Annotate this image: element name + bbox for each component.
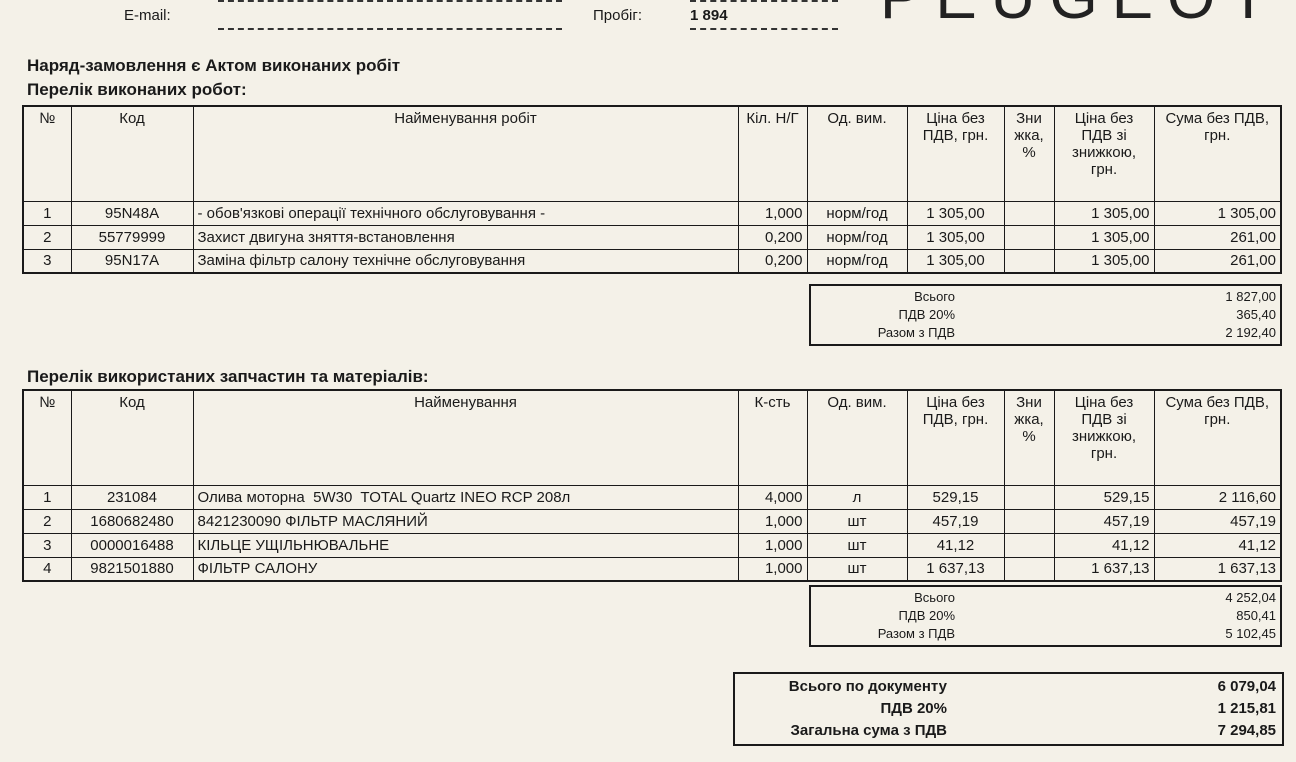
table-row: 3 95N17A Заміна фільтр салону технічне о… (23, 249, 1281, 273)
cell-qty: 1,000 (738, 557, 807, 581)
cell-no: 4 (23, 557, 71, 581)
cell-discount (1004, 201, 1054, 225)
table-row: 4 9821501880 ФІЛЬТР САЛОНУ 1,000 шт 1 63… (23, 557, 1281, 581)
mileage-label: Пробіг: (593, 7, 642, 24)
grand-line: Загальна сума з ПДВ 7 294,85 (741, 720, 1276, 742)
document-grand-total-value: 7 294,85 (947, 720, 1276, 742)
parts-section-title: Перелік використаних запчастин та матері… (27, 367, 429, 387)
mileage-dotted-line (690, 28, 838, 30)
col-no: № (23, 390, 71, 485)
cell-no: 2 (23, 225, 71, 249)
totals-line: Разом з ПДВ 2 192,40 (815, 324, 1276, 342)
col-price-discounted: Ціна без ПДВ зі знижкою, грн. (1054, 390, 1154, 485)
brand-logo: PEUGEOT (880, 0, 1281, 33)
cell-price-discounted: 529,15 (1054, 485, 1154, 509)
col-unit: Од. вим. (807, 390, 907, 485)
cell-unit: шт (807, 557, 907, 581)
col-discount: Зни жка, % (1004, 106, 1054, 201)
cell-qty: 0,200 (738, 225, 807, 249)
totals-line: Всього 1 827,00 (815, 288, 1276, 306)
works-totals: Всього 1 827,00 ПДВ 20% 365,40 Разом з П… (809, 284, 1282, 346)
totals-line: Разом з ПДВ 5 102,45 (815, 625, 1276, 643)
cell-price: 1 305,00 (907, 249, 1004, 273)
cell-sum: 1 637,13 (1154, 557, 1281, 581)
col-name: Найменування робіт (193, 106, 738, 201)
cell-no: 1 (23, 485, 71, 509)
document-vat-label: ПДВ 20% (741, 698, 947, 720)
cell-sum: 261,00 (1154, 249, 1281, 273)
totals-line: ПДВ 20% 850,41 (815, 607, 1276, 625)
table-row: 2 55779999 Захист двигуна зняття-встанов… (23, 225, 1281, 249)
col-price: Ціна без ПДВ, грн. (907, 106, 1004, 201)
cell-price-discounted: 1 305,00 (1054, 201, 1154, 225)
table-row: 3 0000016488 КІЛЬЦЕ УЩІЛЬНЮВАЛЬНЕ 1,000 … (23, 533, 1281, 557)
cell-unit: норм/год (807, 201, 907, 225)
totals-line: Всього 4 252,04 (815, 589, 1276, 607)
cell-no: 3 (23, 249, 71, 273)
totals-line: ПДВ 20% 365,40 (815, 306, 1276, 324)
cell-qty: 4,000 (738, 485, 807, 509)
cell-code: 95N17A (71, 249, 193, 273)
cell-code: 0000016488 (71, 533, 193, 557)
cell-name: ФІЛЬТР САЛОНУ (193, 557, 738, 581)
cell-code: 1680682480 (71, 509, 193, 533)
cell-price: 1 637,13 (907, 557, 1004, 581)
col-unit: Од. вим. (807, 106, 907, 201)
col-no: № (23, 106, 71, 201)
grand-line: ПДВ 20% 1 215,81 (741, 698, 1276, 720)
total-label: Всього (815, 288, 955, 306)
parts-table: № Код Найменування К-сть Од. вим. Ціна б… (22, 389, 1282, 582)
cell-qty: 1,000 (738, 201, 807, 225)
cell-price-discounted: 1 637,13 (1054, 557, 1154, 581)
cell-price: 41,12 (907, 533, 1004, 557)
cell-discount (1004, 485, 1054, 509)
cell-price: 457,19 (907, 509, 1004, 533)
cell-code: 55779999 (71, 225, 193, 249)
cell-no: 2 (23, 509, 71, 533)
email-dotted-line (218, 28, 562, 30)
col-code: Код (71, 390, 193, 485)
cell-no: 1 (23, 201, 71, 225)
col-sum: Сума без ПДВ, грн. (1154, 390, 1281, 485)
vat-label: ПДВ 20% (815, 306, 955, 324)
cell-price-discounted: 1 305,00 (1054, 225, 1154, 249)
total-value: 1 827,00 (955, 288, 1276, 306)
email-label: E-mail: (124, 7, 171, 24)
grand-totals: Всього по документу 6 079,04 ПДВ 20% 1 2… (733, 672, 1284, 746)
col-sum: Сума без ПДВ, грн. (1154, 106, 1281, 201)
parts-header-row: № Код Найменування К-сть Од. вим. Ціна б… (23, 390, 1281, 485)
mileage-value: 1 894 (690, 7, 728, 24)
cell-discount (1004, 557, 1054, 581)
cell-price: 1 305,00 (907, 225, 1004, 249)
total-with-vat-label: Разом з ПДВ (815, 625, 955, 643)
cell-code: 9821501880 (71, 557, 193, 581)
cell-name: Олива моторна 5W30 TOTAL Quartz INEO RCP… (193, 485, 738, 509)
document-title: Наряд-замовлення є Актом виконаних робіт (27, 56, 400, 76)
works-header-row: № Код Найменування робіт Кіл. Н/Г Од. ви… (23, 106, 1281, 201)
cell-sum: 41,12 (1154, 533, 1281, 557)
vat-label: ПДВ 20% (815, 607, 955, 625)
total-with-vat-label: Разом з ПДВ (815, 324, 955, 342)
document-vat-value: 1 215,81 (947, 698, 1276, 720)
cell-unit: шт (807, 509, 907, 533)
cell-unit: норм/год (807, 225, 907, 249)
vat-value: 365,40 (955, 306, 1276, 324)
cell-sum: 1 305,00 (1154, 201, 1281, 225)
cell-price-discounted: 457,19 (1054, 509, 1154, 533)
cell-qty: 0,200 (738, 249, 807, 273)
cell-discount (1004, 225, 1054, 249)
table-row: 2 1680682480 8421230090 ФІЛЬТР МАСЛЯНИЙ … (23, 509, 1281, 533)
cell-price-discounted: 41,12 (1054, 533, 1154, 557)
col-price: Ціна без ПДВ, грн. (907, 390, 1004, 485)
cell-unit: норм/год (807, 249, 907, 273)
cell-name: Заміна фільтр салону технічне обслуговув… (193, 249, 738, 273)
works-section-title: Перелік виконаних робот: (27, 80, 247, 100)
cell-qty: 1,000 (738, 533, 807, 557)
table-row: 1 95N48A - обов'язкові операції технічно… (23, 201, 1281, 225)
document-grand-total-label: Загальна сума з ПДВ (741, 720, 947, 742)
cell-sum: 2 116,60 (1154, 485, 1281, 509)
cell-unit: шт (807, 533, 907, 557)
total-value: 4 252,04 (955, 589, 1276, 607)
total-with-vat-value: 2 192,40 (955, 324, 1276, 342)
col-discount: Зни жка, % (1004, 390, 1054, 485)
cell-price: 1 305,00 (907, 201, 1004, 225)
cell-name: Захист двигуна зняття-встановлення (193, 225, 738, 249)
vat-value: 850,41 (955, 607, 1276, 625)
document-total-value: 6 079,04 (947, 676, 1276, 698)
cell-price-discounted: 1 305,00 (1054, 249, 1154, 273)
dotted-line-top-left (218, 0, 562, 2)
col-qty: Кіл. Н/Г (738, 106, 807, 201)
works-table: № Код Найменування робіт Кіл. Н/Г Од. ви… (22, 105, 1282, 274)
table-row: 1 231084 Олива моторна 5W30 TOTAL Quartz… (23, 485, 1281, 509)
cell-sum: 457,19 (1154, 509, 1281, 533)
document-total-label: Всього по документу (741, 676, 947, 698)
col-code: Код (71, 106, 193, 201)
total-label: Всього (815, 589, 955, 607)
cell-name: 8421230090 ФІЛЬТР МАСЛЯНИЙ (193, 509, 738, 533)
cell-no: 3 (23, 533, 71, 557)
cell-discount (1004, 509, 1054, 533)
cell-code: 95N48A (71, 201, 193, 225)
cell-unit: л (807, 485, 907, 509)
cell-price: 529,15 (907, 485, 1004, 509)
col-price-discounted: Ціна без ПДВ зі знижкою, грн. (1054, 106, 1154, 201)
dotted-line-top-right (690, 0, 838, 2)
total-with-vat-value: 5 102,45 (955, 625, 1276, 643)
cell-discount (1004, 533, 1054, 557)
cell-name: КІЛЬЦЕ УЩІЛЬНЮВАЛЬНЕ (193, 533, 738, 557)
parts-totals: Всього 4 252,04 ПДВ 20% 850,41 Разом з П… (809, 585, 1282, 647)
grand-line: Всього по документу 6 079,04 (741, 676, 1276, 698)
cell-qty: 1,000 (738, 509, 807, 533)
col-qty: К-сть (738, 390, 807, 485)
cell-name: - обов'язкові операції технічного обслуг… (193, 201, 738, 225)
cell-code: 231084 (71, 485, 193, 509)
col-name: Найменування (193, 390, 738, 485)
cell-discount (1004, 249, 1054, 273)
cell-sum: 261,00 (1154, 225, 1281, 249)
